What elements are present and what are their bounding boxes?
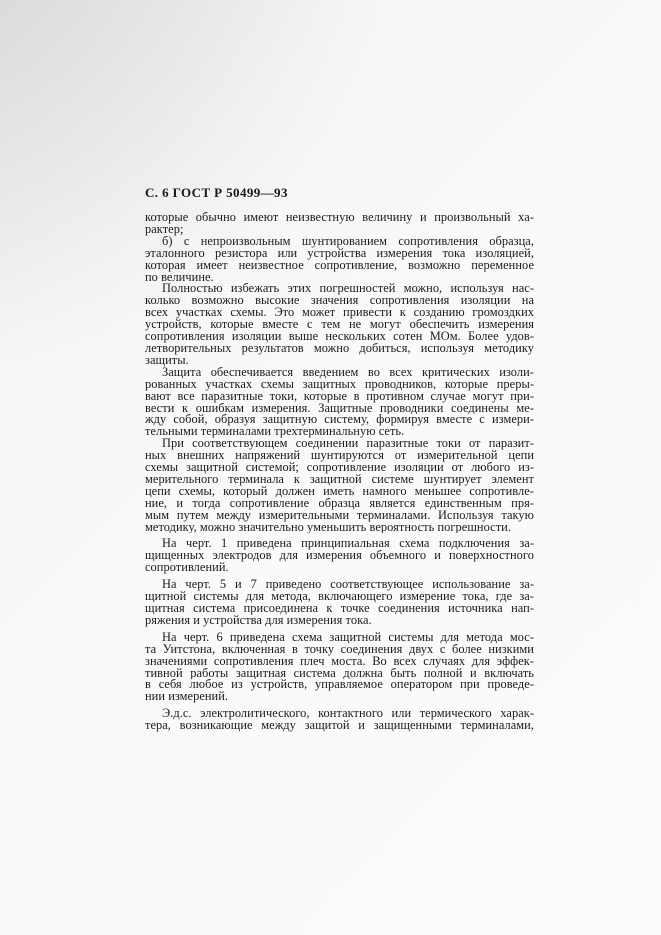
text-line: Э.д.с. электролитического, контактного и…: [145, 708, 534, 720]
text-line: цепи схемы, который должен иметь намного…: [145, 486, 534, 498]
text-line: На черт. 5 и 7 приведено соответствующее…: [145, 579, 534, 591]
text-line: ных внешних напряжений шунтируются от из…: [145, 450, 534, 462]
text-line: тельными терминалами трехтерминальную се…: [145, 426, 534, 438]
text-line: щищенных электродов для измерения объемн…: [145, 550, 534, 562]
paragraph: Э.д.с. электролитического, контактного и…: [145, 708, 534, 732]
scanned-document-page: С. 6 ГОСТ Р 50499—93 которые обычно имею…: [0, 0, 661, 935]
text-line: которая имеет неизвестное сопротивление,…: [145, 260, 534, 272]
paragraph: б) с непроизвольным шунтированием сопрот…: [145, 236, 534, 284]
text-line: ряжения и устройства для измерения тока.: [145, 615, 534, 627]
text-line: вают все паразитные токи, которые в прот…: [145, 391, 534, 403]
text-line: та Уитстона, включенная в точку соединен…: [145, 644, 534, 656]
paragraph: На черт. 5 и 7 приведено соответствующее…: [145, 579, 534, 627]
text-line: сопротивлений.: [145, 562, 534, 574]
paragraph: Защита обеспечивается введением во всех …: [145, 367, 534, 438]
text-line: мерительного терминала к защитной систем…: [145, 474, 534, 486]
text-line: колько возможно высокие значения сопроти…: [145, 295, 534, 307]
text-line: в себя любое из устройств, управляемое о…: [145, 679, 534, 691]
text-line: б) с непроизвольным шунтированием сопрот…: [145, 236, 534, 248]
text-line: значениями сопротивления плеч моста. Во …: [145, 656, 534, 668]
text-line: всех участках схемы. Это может привести …: [145, 307, 534, 319]
text-line: рованных участках схемы защитных проводн…: [145, 379, 534, 391]
text-line: тера, возникающие между защитой и защище…: [145, 720, 534, 732]
text-block: которые обычно имеют неизвестную величин…: [145, 212, 534, 732]
paragraph: Полностью избежать этих погрешностей мож…: [145, 283, 534, 366]
paragraph: которые обычно имеют неизвестную величин…: [145, 212, 534, 236]
paragraph: При соответствующем соединении паразитны…: [145, 438, 534, 533]
text-line: летворительных результатов можно добитьс…: [145, 343, 534, 355]
text-line: рактер;: [145, 224, 534, 236]
page-header: С. 6 ГОСТ Р 50499—93: [145, 185, 288, 201]
text-line: которые обычно имеют неизвестную величин…: [145, 212, 534, 224]
text-line: сопротивления изоляции выше нескольких с…: [145, 331, 534, 343]
text-line: щитная система присоединена к точке соед…: [145, 603, 534, 615]
paragraph: На черт. 6 приведена схема защитной сист…: [145, 632, 534, 703]
text-line: нии измерений.: [145, 691, 534, 703]
text-line: ние, и тогда сопротивление образца являе…: [145, 498, 534, 510]
text-line: Защита обеспечивается введением во всех …: [145, 367, 534, 379]
text-line: При соответствующем соединении паразитны…: [145, 438, 534, 450]
text-line: методику, можно значительно уменьшить ве…: [145, 522, 534, 534]
text-line: тивной работы защитная система должна бы…: [145, 668, 534, 680]
text-line: защиты.: [145, 355, 534, 367]
text-line: схемы защитной системой; сопротивление и…: [145, 462, 534, 474]
text-line: мым путем между измерительными терминала…: [145, 510, 534, 522]
paragraph: На черт. 1 приведена принципиальная схем…: [145, 538, 534, 574]
text-line: жду собой, образуя защитную систему, фор…: [145, 414, 534, 426]
text-line: устройств, которые вместе с тем не могут…: [145, 319, 534, 331]
text-line: щитной системы для метода, включающего и…: [145, 591, 534, 603]
text-line: по величине.: [145, 272, 534, 284]
text-line: эталонного резистора или устройства изме…: [145, 248, 534, 260]
text-line: вести к ошибкам измерения. Защитные пров…: [145, 403, 534, 415]
text-line: На черт. 1 приведена принципиальная схем…: [145, 538, 534, 550]
text-line: На черт. 6 приведена схема защитной сист…: [145, 632, 534, 644]
text-line: Полностью избежать этих погрешностей мож…: [145, 283, 534, 295]
